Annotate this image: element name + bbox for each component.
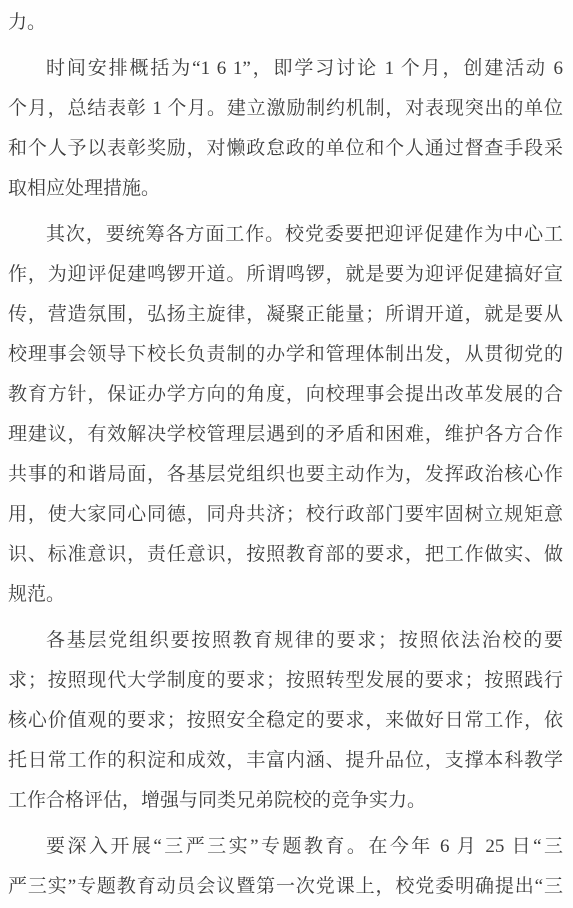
document-page: 力。 时间安排概括为“1 6 1”，即学习讨论 1 个月，创建活动 6 个月，总… <box>0 0 573 908</box>
text-line: 共事的和谐局面，各基层党组织也要主动作为，发挥政治核心作 <box>8 455 563 495</box>
paragraph-grassroots-requirements: 各基层党组织要按照教育规律的要求；按照依法治校的要 求；按照现代大学制度的要求；… <box>8 621 563 821</box>
text-line: 识、标准意识，责任意识，按照教育部的要求，把工作做实、做 <box>8 535 563 575</box>
text-line: 取相应处理措施。 <box>8 169 563 209</box>
text-line: 工作合格评估，增强与同类兄弟院校的竞争实力。 <box>8 781 563 821</box>
paragraph-coordination: 其次，要统筹各方面工作。校党委要把迎评促建作为中心工 作，为迎评促建鸣锣开道。所… <box>8 215 563 615</box>
text-line: 求；按照现代大学制度的要求；按照转型发展的要求；按照践行 <box>8 661 563 701</box>
text-line: 力。 <box>8 3 563 43</box>
text-line: 要深入开展“三严三实”专题教育。在今年 6 月 25 日“三 <box>8 827 563 867</box>
text-line: 规范。 <box>8 575 563 615</box>
text-line: 和个人予以表彰奖励，对懒政怠政的单位和个人通过督查手段采 <box>8 129 563 169</box>
text-line: 理建议，有效解决学校管理层遇到的矛盾和困难，维护各方合作 <box>8 415 563 455</box>
paragraph-schedule: 时间安排概括为“1 6 1”，即学习讨论 1 个月，创建活动 6 个月，总结表彰… <box>8 49 563 209</box>
text-line: 作，为迎评促建鸣锣开道。所谓鸣锣，就是要为迎评促建搞好宣 <box>8 255 563 295</box>
text-line: 各基层党组织要按照教育规律的要求；按照依法治校的要 <box>8 621 563 661</box>
text-line: 教育方针，保证办学方向的角度，向校理事会提出改革发展的合 <box>8 375 563 415</box>
text-line: 传，营造氛围，弘扬主旋律，凝聚正能量；所谓开道，就是要从 <box>8 295 563 335</box>
paragraph-continuation: 力。 <box>8 3 563 43</box>
text-line: 时间安排概括为“1 6 1”，即学习讨论 1 个月，创建活动 6 <box>8 49 563 89</box>
text-line: 托日常工作的积淀和成效，丰富内涵、提升品位，支撑本科教学 <box>8 741 563 781</box>
text-line: 个月，总结表彰 1 个月。建立激励制约机制，对表现突出的单位 <box>8 89 563 129</box>
text-line: 校理事会领导下校长负责制的办学和管理体制出发，从贯彻党的 <box>8 335 563 375</box>
paragraph-three-stricts: 要深入开展“三严三实”专题教育。在今年 6 月 25 日“三 严三实”专题教育动… <box>8 827 563 907</box>
text-line: 严三实”专题教育动员会议暨第一次党课上，校党委明确提出“三 <box>8 867 563 907</box>
text-line: 核心价值观的要求；按照安全稳定的要求，来做好日常工作，依 <box>8 701 563 741</box>
text-line: 用，使大家同心同德，同舟共济；校行政部门要牢固树立规矩意 <box>8 495 563 535</box>
text-line: 其次，要统筹各方面工作。校党委要把迎评促建作为中心工 <box>8 215 563 255</box>
